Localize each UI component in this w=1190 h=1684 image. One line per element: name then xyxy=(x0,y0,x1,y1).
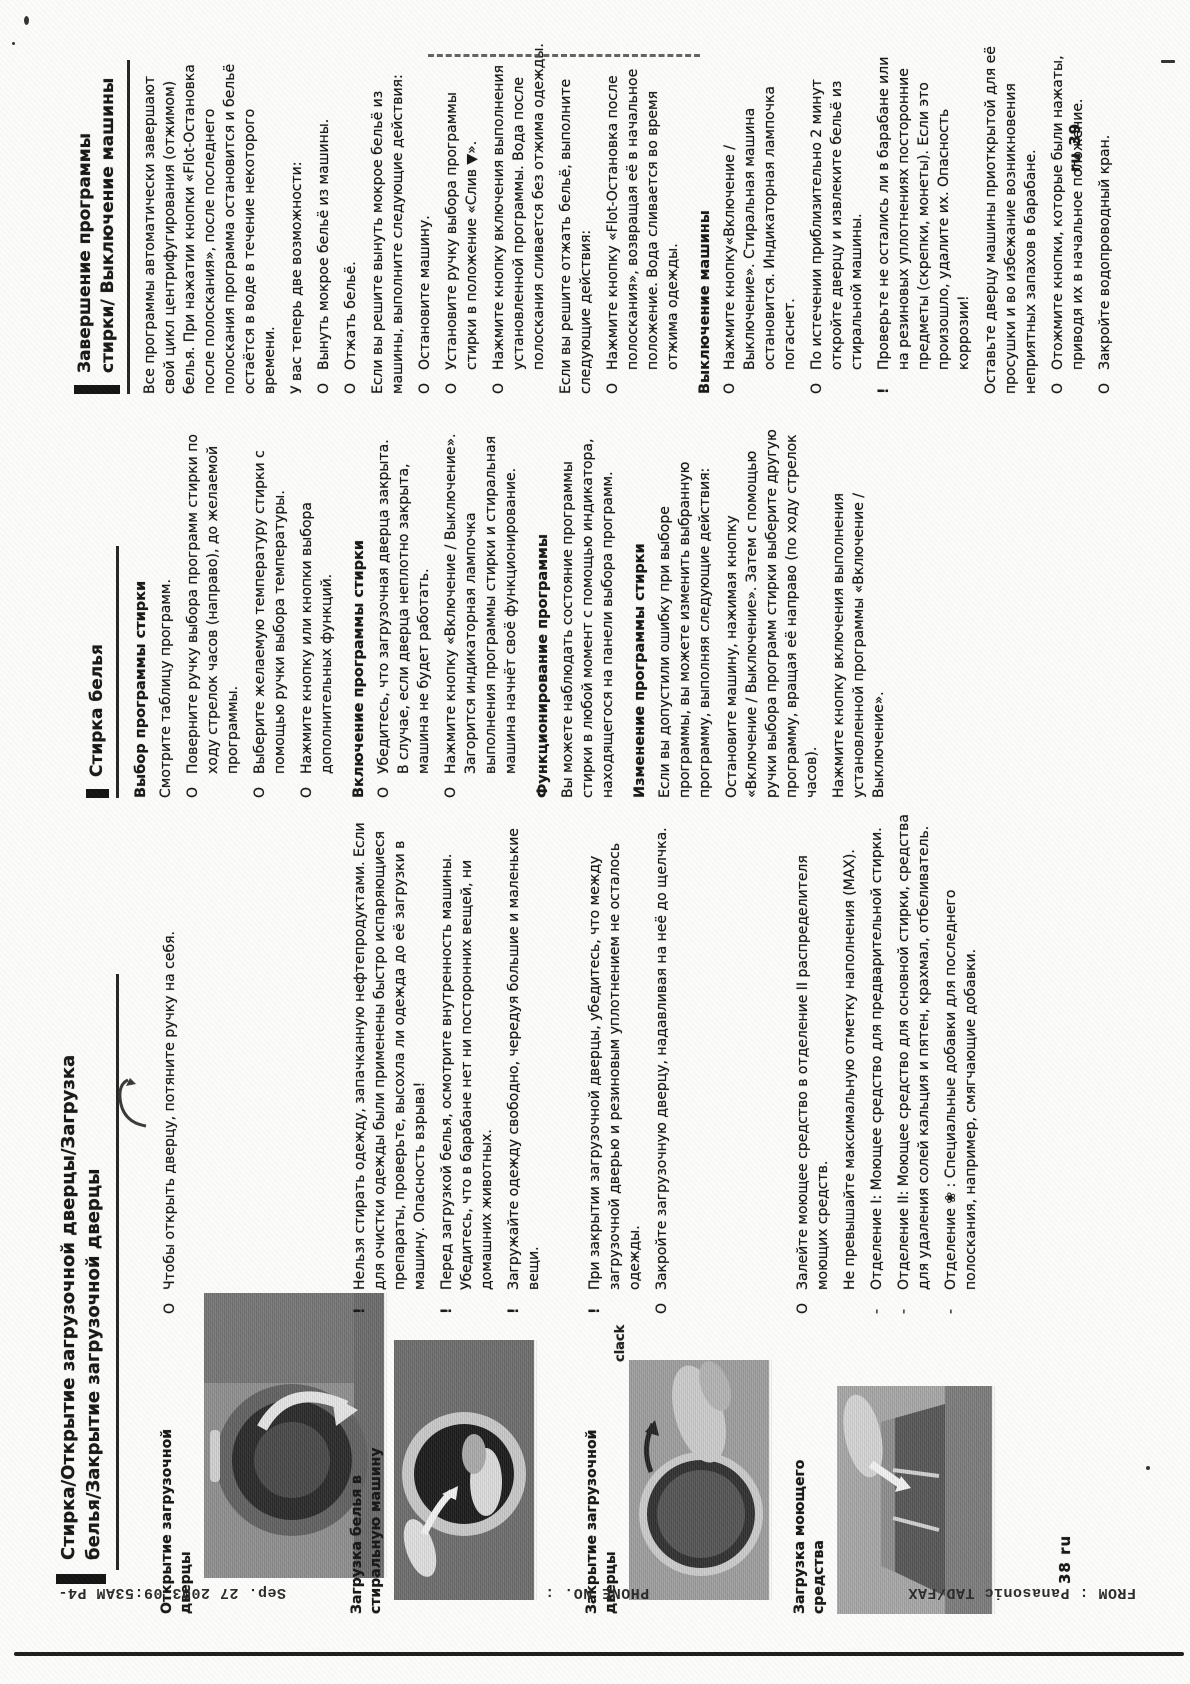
bullet-text: Нажмите кнопку «Включение / Выключение».… xyxy=(441,426,521,774)
sub-heading: Функционирование программы xyxy=(533,426,553,798)
bullet-text: Перед загрузкой белья, осмотрите внутрен… xyxy=(437,814,497,1290)
circle-marker: О xyxy=(341,370,361,394)
manual-section: Закрытие загрузочной дверцы!При закрытии… xyxy=(583,814,773,1614)
paragraph: Если вы решите вынуть мокрое бельё из ма… xyxy=(368,42,408,394)
page-38-header-line2: белья/Закрытие загрузочной дверцы xyxy=(81,944,106,1560)
bullet-item: ОВыберите желаемую температуру стирки с … xyxy=(250,426,290,798)
bullet-item: ОПо истечении приблизительно 2 минут отк… xyxy=(807,42,867,394)
sub-heading: Включение программы стирки xyxy=(349,426,369,798)
bullet-item: -Отделение ❀ : Специальные добавки для п… xyxy=(941,814,981,1314)
bullet-text: Закройте загрузочную дверцу, надавливая … xyxy=(652,814,672,1290)
bullet-text: Нажмите кнопку или кнопки выбора дополни… xyxy=(297,426,337,774)
scan-speck xyxy=(1161,60,1175,63)
handle-pull-arrow-icon xyxy=(112,1074,156,1132)
drum-loading-photo xyxy=(394,1340,538,1600)
bullet-text: Отожмите кнопки, которые были нажаты, пр… xyxy=(1048,42,1088,370)
bullet-item: ОЗакройте водопроводный кран. xyxy=(1095,42,1115,394)
manual-spread: Стирка/Открытие загрузочной дверцы/Загру… xyxy=(0,0,1190,1684)
bullet-text: Нельзя стирать одежду, запачканную нефте… xyxy=(350,814,430,1290)
dash-marker: - xyxy=(894,1290,934,1314)
bullet-text: Убедитесь, что загрузочная дверца закрыт… xyxy=(374,426,434,774)
column-finish-header: Завершение программы стирки/ Выключение … xyxy=(74,42,120,394)
circle-marker xyxy=(840,1290,860,1314)
circle-marker: О xyxy=(442,370,482,394)
circle-marker: О xyxy=(1095,370,1115,394)
bullet-text: Нажмите кнопку включения выполнения уста… xyxy=(489,42,549,370)
column-rule xyxy=(116,546,119,798)
circle-marker: О xyxy=(160,1290,180,1314)
bullet-item: !При закрытии загрузочной дверцы, убедит… xyxy=(585,814,645,1314)
bullet-item: ОЗалейте моющее средство в отделение II … xyxy=(793,814,833,1314)
bullet-text: Вынуть мокрое бельё из машины. xyxy=(314,42,334,370)
circle-marker: О xyxy=(1048,370,1088,394)
scan-speck xyxy=(1146,1466,1150,1470)
column-finish-header-line1: Завершение программы xyxy=(74,42,97,373)
bullet-item: !Нельзя стирать одежду, запачканную нефт… xyxy=(350,814,430,1314)
page-number-38: 38 ru xyxy=(1056,1535,1074,1584)
scan-speck xyxy=(12,42,15,45)
header-rule xyxy=(116,974,119,1570)
warning-marker: ! xyxy=(585,1290,645,1314)
bullet-text: Отжать бельё. xyxy=(341,42,361,370)
paragraph: Смотрите таблицу программ. xyxy=(156,426,176,798)
paragraph: Все программы автоматически завершают св… xyxy=(140,42,280,394)
paragraph: Оставьте дверцу машины приоткрытой для е… xyxy=(981,42,1041,394)
page-38-header: Стирка/Открытие загрузочной дверцы/Загру… xyxy=(56,944,106,1584)
section-text-cell: !Нельзя стирать одежду, запачканную нефт… xyxy=(348,814,551,1314)
bullet-item: -Отделение I: Моющее средство для предва… xyxy=(867,814,887,1314)
bullet-text: Отделение ❀ : Специальные добавки для по… xyxy=(941,814,981,1290)
circle-marker: О xyxy=(441,774,521,798)
fax-header-line: FROM : Panasonic TAD/FAX PHONE NO. : Sep… xyxy=(58,1584,1136,1601)
bullet-item: ООтжать бельё. xyxy=(341,42,361,394)
door-click-label: clack xyxy=(613,1325,628,1362)
bullet-text: Проверьте не остались ли в барабане или … xyxy=(874,42,974,370)
manual-section: Загрузка белья в стиральную машину!Нельз… xyxy=(348,814,551,1614)
circle-marker: О xyxy=(807,370,867,394)
bullet-item: ОНажмите кнопку или кнопки выбора дополн… xyxy=(297,426,337,798)
bullet-item: !Проверьте не остались ли в барабане или… xyxy=(874,42,974,394)
circle-marker: О xyxy=(415,370,435,394)
bullet-item: ОНажмите кнопку «Включение / Выключение»… xyxy=(441,426,521,798)
bullet-item: ОПоверните ручку выбора программ стирки … xyxy=(183,426,243,798)
circle-marker: О xyxy=(652,1290,672,1314)
bullet-text: При закрытии загрузочной дверцы, убедите… xyxy=(585,814,645,1290)
fax-phone-label: PHONE NO. : xyxy=(545,1584,650,1601)
bullet-text: Загружайте одежду свободно, чередуя боль… xyxy=(504,814,544,1290)
column-finish-blocks: Все программы автоматически завершают св… xyxy=(140,42,1115,394)
dash-marker: - xyxy=(941,1290,981,1314)
paragraph: Если вы допустили ошибку при выборе прог… xyxy=(655,426,715,798)
circle-marker: О xyxy=(297,774,337,798)
column-finish-header-line2: стирки/ Выключение машины xyxy=(97,42,120,373)
fax-from-label: FROM : Panasonic TAD/FAX xyxy=(908,1584,1136,1601)
paragraph: Остановите машину, нажимая кнопку «Включ… xyxy=(722,426,822,798)
bullet-text: Выберите желаемую температуру стирки с п… xyxy=(250,426,290,774)
bullet-item: ООтожмите кнопки, которые были нажаты, п… xyxy=(1048,42,1088,394)
bullet-text: Отделение II: Моющее средство для основн… xyxy=(894,814,934,1290)
paragraph: Если вы решите отжать бельё, выполните с… xyxy=(556,42,596,394)
bullet-item: ОНажмите кнопку«Включение / Выключение».… xyxy=(720,42,800,394)
column-washing-blocks: Выбор программы стиркиСмотрите таблицу п… xyxy=(131,426,889,798)
page-39: Стирка белья Выбор программы стиркиСмотр… xyxy=(0,14,1190,814)
circle-marker: О xyxy=(183,774,243,798)
door-closing-photo xyxy=(629,1360,773,1600)
bullet-item: ООстановите машину. xyxy=(415,42,435,394)
paragraph: У вас теперь две возможности: xyxy=(287,42,307,394)
circle-marker: О xyxy=(489,370,549,394)
bullet-item: ОНажмите кнопку включения выполнения уст… xyxy=(489,42,549,394)
page-38: Стирка/Открытие загрузочной дверцы/Загру… xyxy=(0,814,1190,1614)
bullet-text: Установите ручку выбора программы стирки… xyxy=(442,42,482,370)
manual-section: Загрузка моющего средстваОЗалейте моющее… xyxy=(791,814,996,1614)
fax-scan-page: Стирка/Открытие загрузочной дверцы/Загру… xyxy=(0,0,1190,1684)
bullet-item: ОВынуть мокрое бельё из машины. xyxy=(314,42,334,394)
bullet-item: !Перед загрузкой белья, осмотрите внутре… xyxy=(437,814,497,1314)
page-39-column-washing: Стирка белья Выбор программы стиркиСмотр… xyxy=(86,426,896,798)
bullet-item: -Отделение II: Моющее средство для основ… xyxy=(894,814,934,1314)
circle-marker: О xyxy=(793,1290,833,1314)
bullet-text: Нажмите кнопку«Включение / Выключение». … xyxy=(720,42,800,370)
page-number-39: ru 39 xyxy=(1066,123,1084,172)
fax-sheet-edge-line xyxy=(14,1652,1184,1656)
scan-speck xyxy=(24,16,29,25)
warning-marker: ! xyxy=(874,370,974,394)
dash-marker: - xyxy=(867,1290,887,1314)
circle-marker: О xyxy=(314,370,334,394)
column-rule xyxy=(127,60,130,394)
bullet-text: Чтобы открыть дверцу, потяните ручку на … xyxy=(160,814,180,1290)
bullet-text: Поверните ручку выбора программ стирки п… xyxy=(183,426,243,774)
bullet-item: !Загружайте одежду свободно, чередуя бол… xyxy=(504,814,544,1314)
circle-marker: О xyxy=(720,370,800,394)
bullet-item: ОЗакройте загрузочную дверцу, надавливая… xyxy=(652,814,672,1314)
bullet-text: По истечении приблизительно 2 минут откр… xyxy=(807,42,867,370)
warning-marker: ! xyxy=(504,1290,544,1314)
sub-heading: Выбор программы стирки xyxy=(131,426,151,798)
bullet-text: Остановите машину. xyxy=(415,42,435,370)
column-washing-header: Стирка белья xyxy=(86,426,109,798)
section-left-cell: Загрузка моющего средства xyxy=(791,1314,996,1614)
continuation-line: Не превышайте максимальную отметку напол… xyxy=(840,814,860,1314)
section-left-cell: Закрытие загрузочной дверцы xyxy=(583,1314,773,1614)
circle-marker: О xyxy=(250,774,290,798)
warning-marker: ! xyxy=(437,1290,497,1314)
bullet-item: ОУстановите ручку выбора программы стирк… xyxy=(442,42,482,394)
bullet-text: Отделение I: Моющее средство для предвар… xyxy=(867,814,887,1290)
circle-marker: О xyxy=(603,370,683,394)
section-left-cell: Загрузка белья в стиральную машину xyxy=(348,1314,551,1614)
section-text-cell: ОЗалейте моющее средство в отделение II … xyxy=(791,814,996,1314)
bullet-text: Закройте водопроводный кран. xyxy=(1095,42,1115,370)
scan-artifact-dashes xyxy=(428,54,700,57)
bullet-text: Залейте моющее средство в отделение II р… xyxy=(793,814,833,1290)
fax-date-line: Sep. 27 2003 09:53AM P4- xyxy=(58,1584,286,1601)
section-text-cell: !При закрытии загрузочной дверцы, убедит… xyxy=(583,814,773,1314)
bullet-text: Нажмите кнопку «Flot-Остановка после пол… xyxy=(603,42,683,370)
sub-heading: Изменение программы стирки xyxy=(630,426,650,798)
paragraph: Нажмите кнопку включения выполнения уста… xyxy=(829,426,889,798)
warning-marker: ! xyxy=(350,1290,430,1314)
detergent-drawer-photo xyxy=(837,1386,996,1614)
sub-heading: Выключение машины xyxy=(695,42,715,394)
page-38-header-line1: Стирка/Открытие загрузочной дверцы/Загру… xyxy=(56,944,81,1560)
paragraph: Вы можете наблюдать состояние программы … xyxy=(558,426,618,798)
bullet-item: ОЧтобы открыть дверцу, потяните ручку на… xyxy=(160,814,180,1314)
bullet-item: ОУбедитесь, что загрузочная дверца закры… xyxy=(374,426,434,798)
page-39-column-finish: Завершение программы стирки/ Выключение … xyxy=(74,42,1122,394)
circle-marker: О xyxy=(374,774,434,798)
bullet-item: ОНажмите кнопку «Flot-Остановка после по… xyxy=(603,42,683,394)
bullet-text: Не превышайте максимальную отметку напол… xyxy=(840,814,860,1290)
